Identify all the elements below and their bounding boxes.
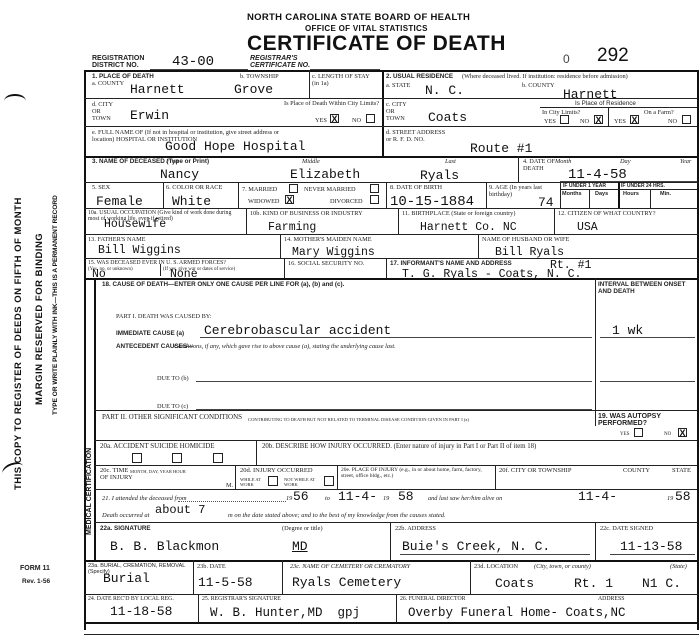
reg-district-value: 43-00 <box>172 54 214 70</box>
residence-label: 2. USUAL RESIDENCE <box>386 73 453 80</box>
agency-heading: NORTH CAROLINA STATE BOARD OF HEALTH <box>247 12 470 23</box>
form-revision: Rev. 1-56 <box>22 578 50 585</box>
injury-city-label: 20f. CITY OR TOWNSHIP <box>499 467 571 474</box>
accident-checkbox[interactable] <box>132 453 142 463</box>
attended-label: 21. I attended the deceased from <box>102 495 187 502</box>
last-label: Last <box>445 158 456 165</box>
autopsy-yes-checkbox[interactable] <box>634 428 643 437</box>
res-city-value: Coats <box>428 110 467 125</box>
under-24-hrs-label: IF UNDER 24 HRS. <box>621 183 665 190</box>
farm-yes-label: YES <box>614 118 626 125</box>
location-state-label: (State) <box>670 563 687 570</box>
birthplace-value: Harnett Co. NC <box>420 221 517 234</box>
race-label: 6. COLOR OR RACE <box>166 184 222 191</box>
last-seen-year-value: 58 <box>675 489 691 504</box>
mother-label: 14. MOTHER'S MAIDEN NAME <box>284 236 372 243</box>
death-county-value: Harnett <box>130 82 185 97</box>
burial-date-label: 23b. DATE <box>197 563 226 570</box>
death-occurred-label: Death occurred at <box>102 512 149 519</box>
registrar-signature-label: 25. REGISTRAR'S SIGNATURE <box>202 596 281 603</box>
not-at-work-checkbox[interactable] <box>324 476 334 486</box>
farm-label: On a Farm? <box>644 109 674 116</box>
middle-name-value: Elizabeth <box>290 167 360 182</box>
city-limits-no-checkbox[interactable]: X <box>594 115 603 124</box>
location-note: (City, town, or county) <box>534 563 591 570</box>
name-label: 3. NAME OF DECEASED (Type or Print) <box>92 158 209 165</box>
burial-date-value: 11-5-58 <box>198 575 253 590</box>
ssn-label: 16. SOCIAL SECURITY NO. <box>288 260 364 267</box>
medical-certification-label: MEDICAL CERTIFICATION <box>86 448 93 535</box>
death-township-value: Grove <box>234 82 273 97</box>
injury-m-label: M. <box>226 482 233 489</box>
race-value: White <box>172 194 211 209</box>
res-city-label: c. CITY OR TOWN <box>386 101 408 122</box>
interval-label: INTERVAL BETWEEN ONSET AND DEATH <box>598 281 696 295</box>
min-label: Min. <box>660 191 671 198</box>
widowed-checkbox[interactable]: X <box>285 195 294 204</box>
degree-label: (Degree or title) <box>282 525 323 532</box>
within-limits-yes-checkbox[interactable]: X <box>330 114 339 123</box>
city-label: d. CITY OR TOWN <box>92 101 114 122</box>
autopsy-label: 19. WAS AUTOPSY PERFORMED? <box>598 413 682 427</box>
immediate-cause-label: IMMEDIATE CAUSE (a) <box>116 330 184 337</box>
farm-no-checkbox[interactable] <box>682 115 691 124</box>
days-label: Days <box>595 191 608 198</box>
res-limits-no-label: NO <box>580 118 589 125</box>
within-yes-label: YES <box>315 117 327 124</box>
res-state-value: N. C. <box>425 83 464 98</box>
not-at-work-label: NOT WHILE AT WORK <box>284 477 322 487</box>
sig-address-label: 22b. ADDRESS <box>395 525 436 532</box>
place-of-res-label: Is Place of Residence <box>575 100 636 107</box>
res-limits-yes-label: YES <box>544 118 556 125</box>
injury-county-label: COUNTY <box>623 467 650 474</box>
first-name-value: Nancy <box>160 167 199 182</box>
street-label: d. STREET ADDRESS or R. F. D. NO. <box>386 129 446 143</box>
citizen-value: USA <box>577 221 598 234</box>
farm-yes-checkbox[interactable]: X <box>630 115 639 124</box>
death-city-value: Erwin <box>130 108 169 123</box>
attended-to-value: 11-4- <box>338 489 377 504</box>
occupation-value: Housewife <box>104 218 166 231</box>
part1-label: PART I. DEATH WAS CAUSED BY: <box>116 313 212 320</box>
res-county-label: b. COUNTY <box>522 82 555 89</box>
form-number: FORM 11 <box>20 565 50 572</box>
margin-line1: THIS COPY TO REGISTER OF DEEDS ON FIFTH … <box>13 197 24 490</box>
to-label: to <box>325 495 330 502</box>
funeral-director-value: Overby Funeral Home- Coats,NC <box>408 606 626 620</box>
never-married-checkbox[interactable] <box>370 184 379 193</box>
last-seen-value: 11-4- <box>578 489 617 504</box>
county-label: a. COUNTY <box>92 80 124 87</box>
married-checkbox[interactable] <box>289 184 298 193</box>
autopsy-no-checkbox[interactable]: X <box>678 428 687 437</box>
reg-district-label: REGISTRATION DISTRICT NO. <box>92 55 152 69</box>
month-label: Month <box>555 158 571 165</box>
margin-line2: MARGIN RESERVED FOR BINDING <box>34 233 45 405</box>
cemetery-value: Ryals Cemetery <box>292 575 401 590</box>
injury-place-label: 20e. PLACE OF INJURY (e.g., in or about … <box>341 467 491 479</box>
attended-to-year-value: 58 <box>398 489 414 504</box>
signature-value: B. B. Blackmon <box>110 539 219 554</box>
from-year-prefix: 19 <box>286 495 292 502</box>
dob-label: 8. DATE OF BIRTH <box>390 184 442 191</box>
certificate-title: CERTIFICATE OF DEATH <box>247 32 506 56</box>
degree-value: MD <box>292 539 308 554</box>
death-time-value: about 7 <box>155 503 205 517</box>
father-value: Bill Wiggins <box>98 244 181 257</box>
binding-mark-top <box>4 94 26 108</box>
cause-header: 18. CAUSE OF DEATH—ENTER ONLY ONE CAUSE … <box>102 281 344 288</box>
cemetery-label: 23c. NAME OF CEMETERY OR CREMATORY <box>290 563 410 570</box>
antecedent-note: Conditions, if any, which gave rise to a… <box>174 343 396 350</box>
spouse-label: NAME OF HUSBAND OR WIFE <box>482 236 569 243</box>
injury-describe-label: 20b. DESCRIBE HOW INJURY OCCURRED. (Ente… <box>262 443 536 450</box>
immediate-cause-value: Cerebrobascular accident <box>204 323 391 338</box>
part2-note: CONTRIBUTING TO DEATH BUT NOT RELATED TO… <box>248 416 469 423</box>
father-label: 13. FATHER'S NAME <box>88 236 146 243</box>
hours-label: Hours <box>623 191 639 198</box>
res-state-label: a. STATE <box>386 82 410 89</box>
widowed-label: WIDOWED <box>248 198 279 205</box>
burial-type-value: Burial <box>103 571 150 586</box>
to-year-prefix: 19 <box>383 495 389 502</box>
registrar-cert-label: REGISTRAR'S CERTIFICATE NO. <box>250 55 330 69</box>
date-received-label: 24. DATE REC'D BY LOCAL REG. <box>88 596 196 603</box>
funeral-director-address-label: ADDRESS <box>598 596 624 603</box>
due-to-b-label: DUE TO (b) <box>157 375 189 382</box>
autopsy-yes-label: YES <box>620 431 629 438</box>
never-married-label: NEVER MARRIED <box>304 186 356 193</box>
date-received-value: 11-18-58 <box>110 604 172 619</box>
informant-label: 17. INFORMANT'S NAME AND ADDRESS <box>390 260 512 267</box>
injury-occurred-label: 20d. INJURY OCCURRED <box>240 467 313 474</box>
dod-label: 4. DATE OF DEATH <box>523 158 555 172</box>
at-work-checkbox[interactable] <box>268 476 278 486</box>
funeral-director-label: 26. FUNERAL DIRECTOR <box>400 596 466 603</box>
business-value: Farming <box>268 221 316 234</box>
part2-label: PART II. OTHER SIGNIFICANT CONDITIONS <box>102 414 242 421</box>
residence-note: (Where deceased lived. If institution: r… <box>462 73 628 80</box>
registrar-signature-value: W. B. Hunter,MD gpj <box>210 606 360 620</box>
location-rt-value: Rt. 1 <box>574 576 613 591</box>
attended-from-value: 56 <box>293 489 309 504</box>
birthplace-label: 11. BIRTHPLACE (State or foreign country… <box>402 210 515 217</box>
cert-prefix: 0 <box>563 52 570 66</box>
injury-state-label: STATE <box>672 467 691 474</box>
sex-value: Female <box>96 194 143 209</box>
location-state-value: N1 C. <box>642 576 681 591</box>
township-label: b. TOWNSHIP <box>240 73 279 80</box>
last-seen-label: and last saw her/him alive on <box>428 495 502 502</box>
day-label: Day <box>620 158 631 165</box>
first-label: First <box>166 158 178 165</box>
place-of-death-label: 1. PLACE OF DEATH <box>92 73 154 80</box>
date-signed-label: 22c. DATE SIGNED <box>600 525 653 532</box>
within-no-label: NO <box>352 117 361 124</box>
suicide-checkbox[interactable] <box>172 453 182 463</box>
sig-address-value: Buie's Creek, N. C. <box>402 539 550 554</box>
cert-number: 292 <box>597 45 629 67</box>
within-limits-no-checkbox[interactable] <box>366 114 375 123</box>
city-limits-yes-checkbox[interactable] <box>560 115 569 124</box>
at-work-label: WHILE AT WORK <box>240 477 266 487</box>
due-to-c-label: DUE TO (c) <box>157 403 188 410</box>
sex-label: 5. SEX <box>92 184 110 191</box>
within-limits-label: Is Place of Death Within City Limits? <box>284 100 380 107</box>
location-value: Coats <box>495 576 534 591</box>
middle-label: Middle <box>302 158 320 165</box>
stay-label: c. LENGTH OF STAY (in 1a) <box>312 73 376 87</box>
married-label: 7. MARRIED <box>242 186 277 193</box>
under-1-year-label: IF UNDER 1 YEAR <box>563 183 606 190</box>
hospital-value: Good Hope Hospital <box>165 139 305 154</box>
margin-line3: TYPE OR WRITE PLAINLY WITH INK—THIS IS A… <box>52 195 59 415</box>
injury-time-cols: MONTH, DAY, YEAR HOUR <box>130 468 186 475</box>
business-label: 10b. KIND OF BUSINESS OR INDUSTRY <box>250 210 363 217</box>
divorced-label: DIVORCED <box>330 198 363 205</box>
months-label: Months <box>562 191 582 198</box>
date-signed-value: 11-13-58 <box>620 539 682 554</box>
divorced-checkbox[interactable] <box>370 195 379 204</box>
injury-type-label: 20a. ACCIDENT SUICIDE HOMICIDE <box>100 443 215 450</box>
farm-no-label: NO <box>668 118 677 125</box>
location-label: 23d. LOCATION <box>474 563 518 570</box>
street-value: Route #1 <box>470 141 532 156</box>
citizen-label: 12. CITIZEN OF WHAT COUNTRY? <box>558 210 656 217</box>
immediate-interval-value: 1 wk <box>612 323 643 338</box>
autopsy-no-label: NO <box>664 431 671 438</box>
signature-label: 22a. SIGNATURE <box>100 525 151 532</box>
last-seen-year-prefix: 19 <box>667 495 673 502</box>
homicide-checkbox[interactable] <box>213 453 223 463</box>
last-name-value: Ryals <box>420 168 459 183</box>
death-suffix: m on the date stated above; and to the b… <box>228 512 446 519</box>
year-label: Year <box>680 158 691 165</box>
